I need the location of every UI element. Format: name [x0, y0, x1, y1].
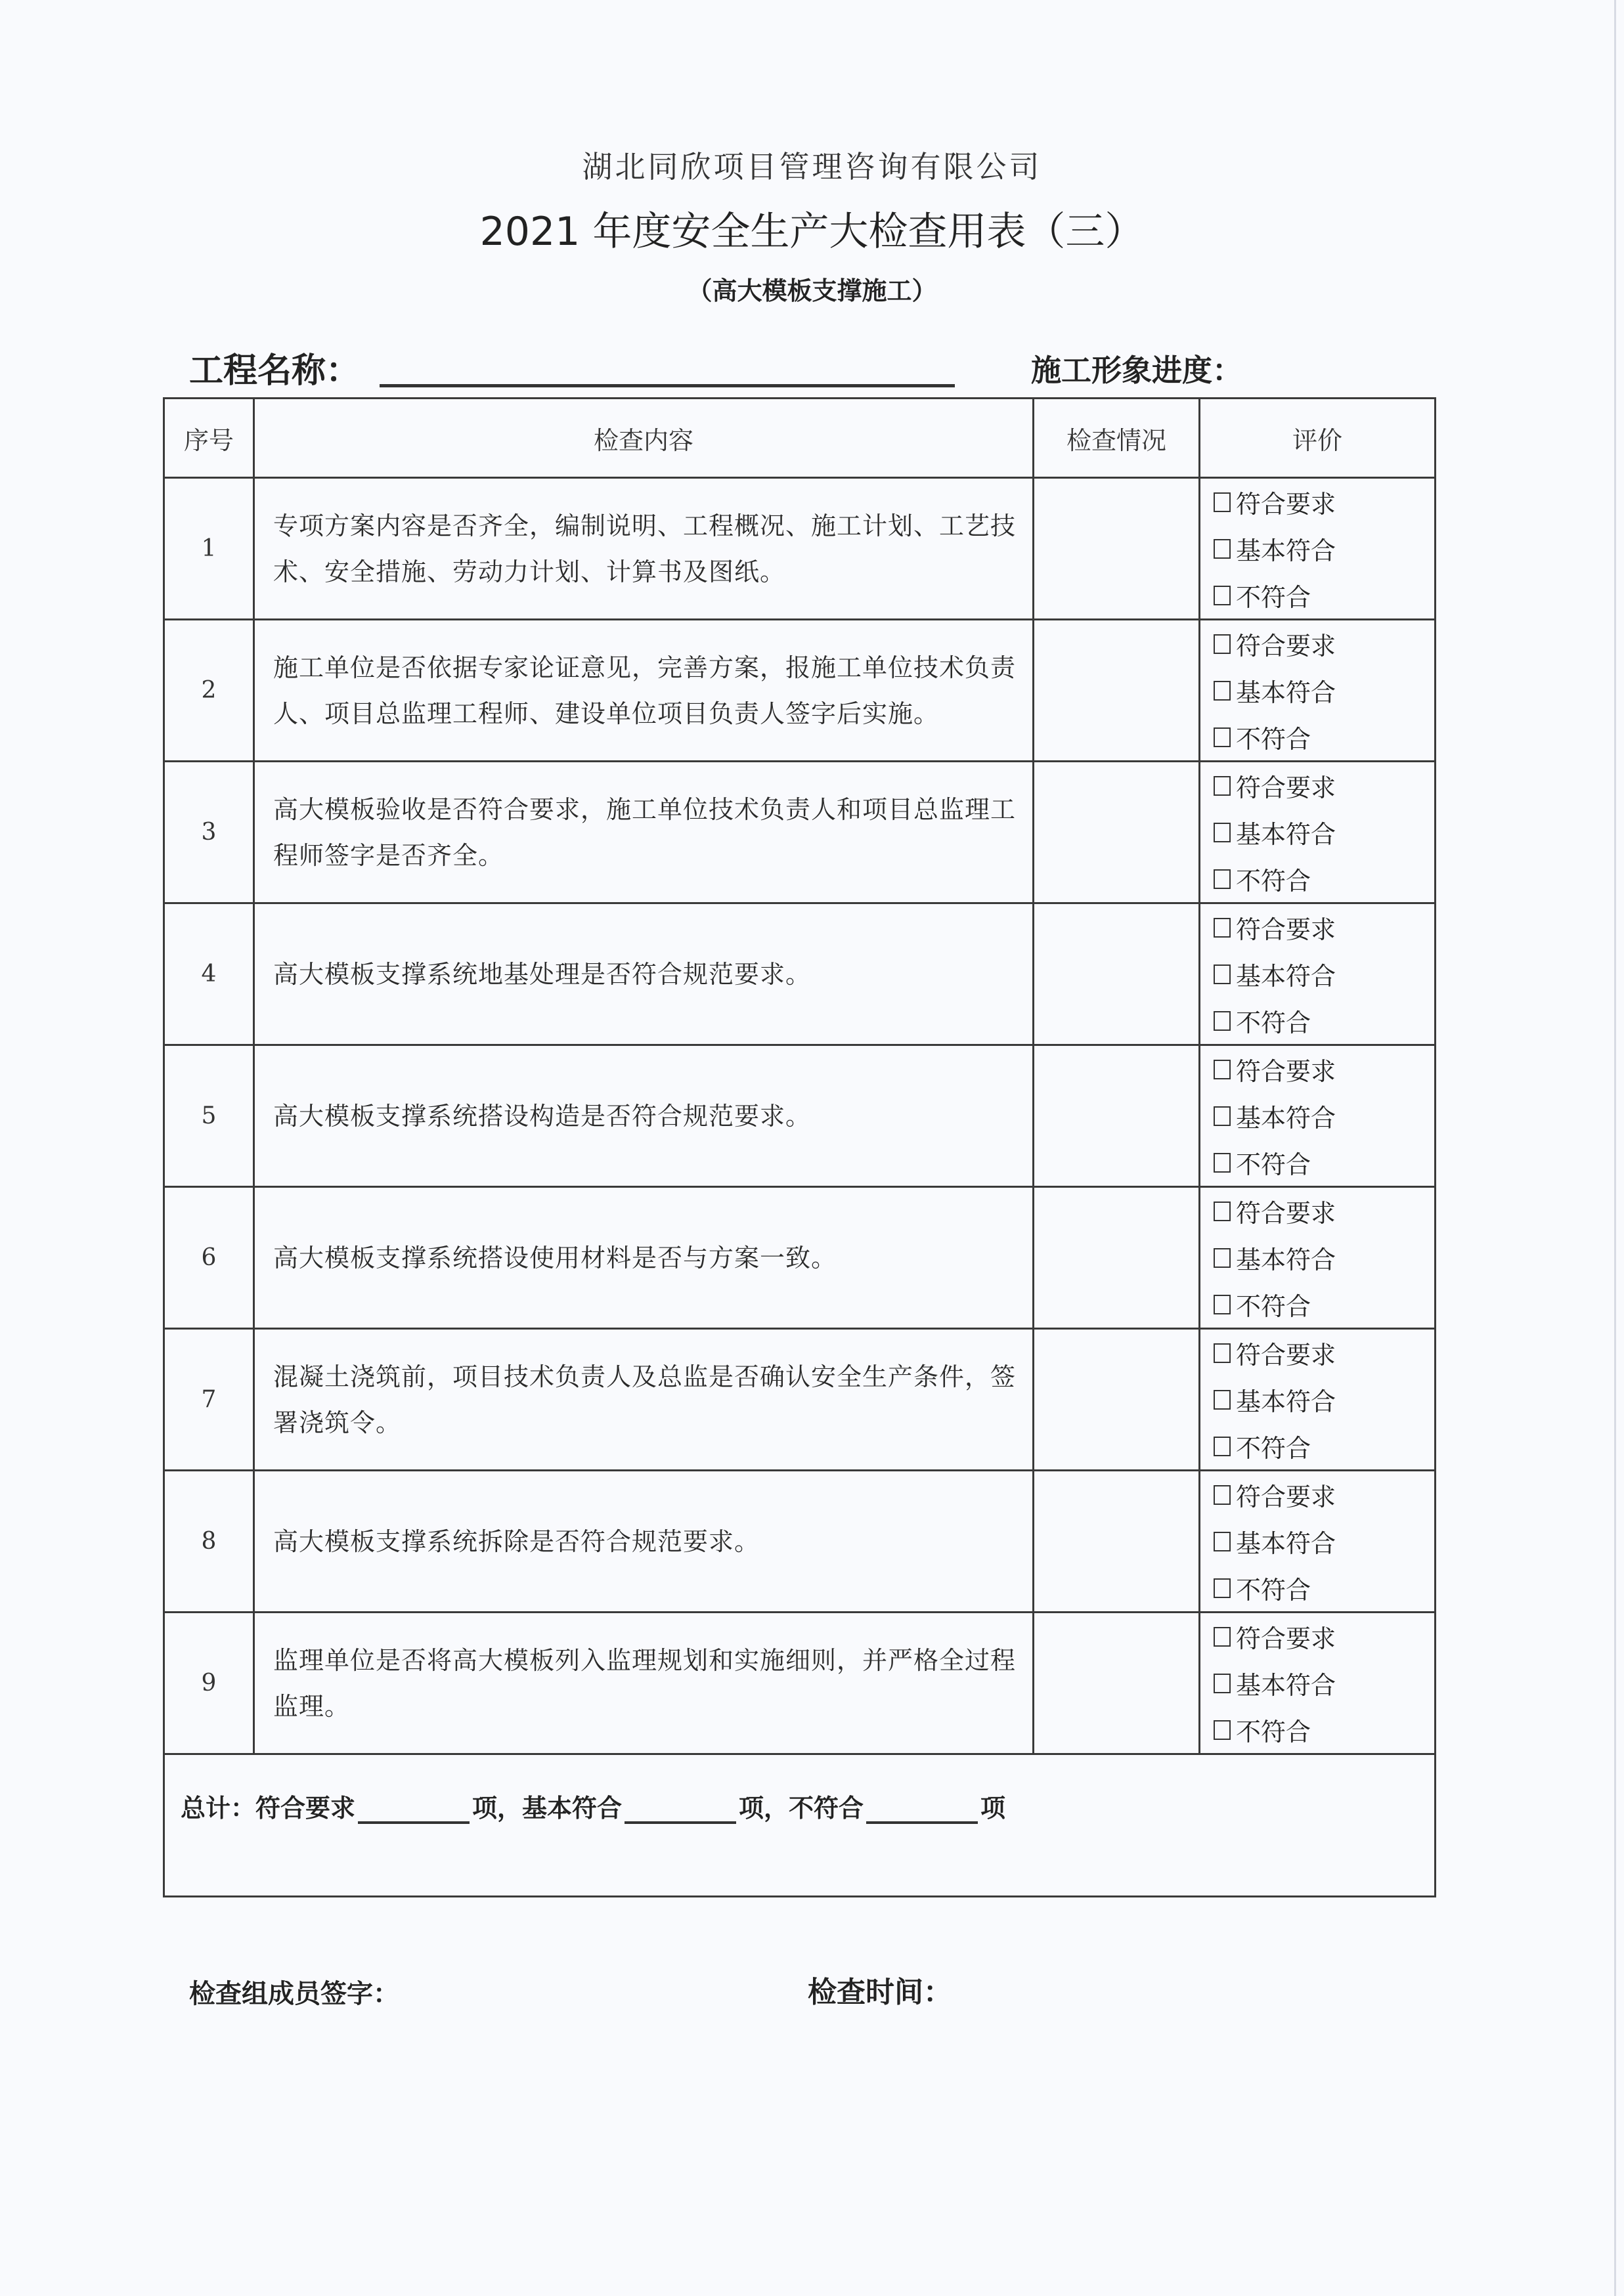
row-number: 6: [164, 1187, 254, 1329]
row-number: 8: [164, 1471, 254, 1613]
table-row: 5 高大模板支撑系统搭设构造是否符合规范要求。 符合要求 基本符合 不符合: [164, 1045, 1436, 1187]
evaluation-option-label: 符合要求: [1236, 626, 1336, 662]
column-header-evaluation: 评价: [1200, 399, 1436, 478]
table-row: 7 混凝土浇筑前，项目技术负责人及总监是否确认安全生产条件，签署浇筑令。 符合要…: [164, 1329, 1436, 1471]
table-row: 9 监理单位是否将高大模板列入监理规划和实施细则，并严格全过程监理。 符合要求 …: [164, 1613, 1436, 1754]
column-header-status: 检查情况: [1034, 399, 1200, 478]
row-evaluation: 符合要求 基本符合 不符合: [1200, 620, 1436, 762]
row-evaluation: 符合要求 基本符合 不符合: [1200, 1329, 1436, 1471]
count-noncompliant-field[interactable]: [866, 1798, 978, 1824]
checkbox-icon[interactable]: [1214, 492, 1231, 512]
checkbox-icon[interactable]: [1214, 1720, 1231, 1740]
row-status-field[interactable]: [1034, 1187, 1200, 1329]
checkbox-icon[interactable]: [1214, 823, 1231, 842]
table-header-row: 序号 检查内容 检查情况 评价: [164, 399, 1436, 478]
evaluation-option-noncompliant[interactable]: 不符合: [1214, 856, 1434, 902]
column-header-no: 序号: [164, 399, 254, 478]
checkbox-icon[interactable]: [1214, 1437, 1231, 1456]
evaluation-option-compliant[interactable]: 符合要求: [1214, 620, 1434, 667]
table-row: 3 高大模板验收是否符合要求，施工单位技术负责人和项目总监理工程师签字是否齐全。…: [164, 762, 1436, 903]
checkbox-icon[interactable]: [1214, 634, 1231, 654]
row-evaluation: 符合要求 基本符合 不符合: [1200, 1187, 1436, 1329]
table-row: 8 高大模板支撑系统拆除是否符合规范要求。 符合要求 基本符合 不符合: [164, 1471, 1436, 1613]
evaluation-option-label: 基本符合: [1236, 672, 1336, 708]
checkbox-icon[interactable]: [1214, 1106, 1231, 1126]
checkbox-icon[interactable]: [1214, 918, 1231, 938]
row-evaluation: 符合要求 基本符合 不符合: [1200, 478, 1436, 620]
evaluation-option-compliant[interactable]: 符合要求: [1214, 1613, 1434, 1660]
checkbox-icon[interactable]: [1214, 869, 1231, 889]
checkbox-icon[interactable]: [1214, 681, 1231, 701]
checkbox-icon[interactable]: [1214, 1390, 1231, 1410]
evaluation-option-compliant[interactable]: 符合要求: [1214, 1330, 1434, 1376]
checkbox-icon[interactable]: [1214, 1343, 1231, 1363]
checkbox-icon[interactable]: [1214, 1485, 1231, 1505]
evaluation-option-label: 基本符合: [1236, 1523, 1336, 1559]
evaluation-option-label: 基本符合: [1236, 814, 1336, 850]
summary-line: 总计：符合要求 项，基本符合 项，不符合 项: [181, 1788, 1434, 1824]
evaluation-option-label: 不符合: [1236, 1003, 1311, 1039]
row-evaluation: 符合要求 基本符合 不符合: [1200, 903, 1436, 1045]
evaluation-option-label: 基本符合: [1236, 956, 1336, 992]
checkbox-icon[interactable]: [1214, 1578, 1231, 1598]
row-evaluation: 符合要求 基本符合 不符合: [1200, 1471, 1436, 1613]
evaluation-option-compliant[interactable]: 符合要求: [1214, 904, 1434, 951]
evaluation-option-noncompliant[interactable]: 不符合: [1214, 1565, 1434, 1611]
evaluation-option-basic[interactable]: 基本符合: [1214, 1518, 1434, 1565]
row-number: 4: [164, 903, 254, 1045]
checkbox-icon[interactable]: [1214, 1248, 1231, 1268]
table-row: 2 施工单位是否依据专家论证意见，完善方案，报施工单位技术负责人、项目总监理工程…: [164, 620, 1436, 762]
evaluation-option-noncompliant[interactable]: 不符合: [1214, 1139, 1434, 1186]
evaluation-option-compliant[interactable]: 符合要求: [1214, 762, 1434, 809]
evaluation-option-basic[interactable]: 基本符合: [1214, 1093, 1434, 1139]
row-content: 施工单位是否依据专家论证意见，完善方案，报施工单位技术负责人、项目总监理工程师、…: [254, 620, 1034, 762]
evaluation-option-compliant[interactable]: 符合要求: [1214, 1046, 1434, 1093]
evaluation-option-label: 基本符合: [1236, 531, 1336, 567]
evaluation-option-label: 不符合: [1236, 1712, 1311, 1748]
evaluation-option-label: 不符合: [1236, 719, 1311, 755]
project-name-field[interactable]: [380, 384, 955, 387]
evaluation-option-label: 基本符合: [1236, 1665, 1336, 1701]
row-status-field[interactable]: [1034, 1045, 1200, 1187]
checkbox-icon[interactable]: [1214, 1627, 1231, 1647]
table-row: 1 专项方案内容是否齐全，编制说明、工程概况、施工计划、工艺技术、安全措施、劳动…: [164, 478, 1436, 620]
row-content: 高大模板支撑系统地基处理是否符合规范要求。: [254, 903, 1034, 1045]
inspection-table: 序号 检查内容 检查情况 评价 1 专项方案内容是否齐全，编制说明、工程概况、施…: [163, 397, 1436, 1897]
row-status-field[interactable]: [1034, 903, 1200, 1045]
summary-row: 总计：符合要求 项，基本符合 项，不符合 项: [164, 1754, 1436, 1897]
row-evaluation: 符合要求 基本符合 不符合: [1200, 1045, 1436, 1187]
evaluation-option-label: 符合要求: [1236, 909, 1336, 945]
evaluation-option-noncompliant[interactable]: 不符合: [1214, 1281, 1434, 1328]
row-status-field[interactable]: [1034, 1471, 1200, 1613]
row-number: 1: [164, 478, 254, 620]
evaluation-option-label: 符合要求: [1236, 1477, 1336, 1513]
checkbox-icon[interactable]: [1214, 539, 1231, 559]
row-content: 高大模板支撑系统搭设使用材料是否与方案一致。: [254, 1187, 1034, 1329]
table-row: 6 高大模板支撑系统搭设使用材料是否与方案一致。 符合要求 基本符合 不符合: [164, 1187, 1436, 1329]
row-content: 专项方案内容是否齐全，编制说明、工程概况、施工计划、工艺技术、安全措施、劳动力计…: [254, 478, 1034, 620]
table-row: 4 高大模板支撑系统地基处理是否符合规范要求。 符合要求 基本符合 不符合: [164, 903, 1436, 1045]
row-number: 7: [164, 1329, 254, 1471]
row-status-field[interactable]: [1034, 762, 1200, 903]
row-number: 5: [164, 1045, 254, 1187]
row-status-field[interactable]: [1034, 620, 1200, 762]
checkbox-icon[interactable]: [1214, 727, 1231, 747]
evaluation-option-basic[interactable]: 基本符合: [1214, 1660, 1434, 1706]
evaluation-option-noncompliant[interactable]: 不符合: [1214, 572, 1434, 618]
evaluation-option-label: 基本符合: [1236, 1098, 1336, 1134]
checkbox-icon[interactable]: [1214, 1153, 1231, 1173]
row-number: 2: [164, 620, 254, 762]
construction-progress-label: 施工形象进度：: [1031, 347, 1242, 390]
summary-unit-2: 项，不符合: [739, 1788, 864, 1824]
evaluation-option-noncompliant[interactable]: 不符合: [1214, 714, 1434, 760]
form-title: 2021 年度安全生产大检查用表（三）: [0, 200, 1624, 257]
evaluation-option-basic[interactable]: 基本符合: [1214, 525, 1434, 572]
evaluation-option-label: 不符合: [1236, 1144, 1311, 1180]
checkbox-icon[interactable]: [1214, 1202, 1231, 1221]
evaluation-option-compliant[interactable]: 符合要求: [1214, 479, 1434, 525]
evaluation-option-label: 符合要求: [1236, 484, 1336, 520]
evaluation-option-compliant[interactable]: 符合要求: [1214, 1471, 1434, 1518]
row-number: 3: [164, 762, 254, 903]
evaluation-option-basic[interactable]: 基本符合: [1214, 1234, 1434, 1281]
inspector-signature-label: 检查组成员签字：: [189, 1973, 399, 2010]
checkbox-icon[interactable]: [1214, 964, 1231, 984]
evaluation-option-label: 基本符合: [1236, 1381, 1336, 1418]
evaluation-option-basic[interactable]: 基本符合: [1214, 809, 1434, 856]
evaluation-option-label: 符合要求: [1236, 1193, 1336, 1229]
evaluation-option-compliant[interactable]: 符合要求: [1214, 1188, 1434, 1234]
row-content: 高大模板验收是否符合要求，施工单位技术负责人和项目总监理工程师签字是否齐全。: [254, 762, 1034, 903]
evaluation-option-basic[interactable]: 基本符合: [1214, 667, 1434, 714]
summary-unit-3: 项: [980, 1788, 1005, 1824]
row-evaluation: 符合要求 基本符合 不符合: [1200, 1613, 1436, 1754]
form-subtitle: （高大模板支撑施工）: [0, 271, 1624, 307]
evaluation-option-basic[interactable]: 基本符合: [1214, 1376, 1434, 1423]
evaluation-option-label: 符合要求: [1236, 1051, 1336, 1087]
evaluation-option-label: 不符合: [1236, 861, 1311, 897]
checkbox-icon[interactable]: [1214, 586, 1231, 605]
row-content: 混凝土浇筑前，项目技术负责人及总监是否确认安全生产条件，签署浇筑令。: [254, 1329, 1034, 1471]
evaluation-option-basic[interactable]: 基本符合: [1214, 951, 1434, 997]
project-name-label: 工程名称：: [189, 343, 360, 392]
checkbox-icon[interactable]: [1214, 1295, 1231, 1314]
checkbox-icon[interactable]: [1214, 1060, 1231, 1079]
evaluation-option-label: 不符合: [1236, 577, 1311, 613]
row-evaluation: 符合要求 基本符合 不符合: [1200, 762, 1436, 903]
scan-edge-line: [1614, 0, 1616, 2296]
checkbox-icon[interactable]: [1214, 1532, 1231, 1551]
row-status-field[interactable]: [1034, 1613, 1200, 1754]
evaluation-option-label: 不符合: [1236, 1286, 1311, 1322]
check-time-label: 检查时间：: [808, 1968, 952, 2010]
count-compliant-field[interactable]: [358, 1798, 470, 1824]
row-content: 高大模板支撑系统拆除是否符合规范要求。: [254, 1471, 1034, 1613]
column-header-content: 检查内容: [254, 399, 1034, 478]
evaluation-option-label: 符合要求: [1236, 1618, 1336, 1655]
evaluation-option-label: 符合要求: [1236, 1335, 1336, 1371]
row-content: 监理单位是否将高大模板列入监理规划和实施细则，并严格全过程监理。: [254, 1613, 1034, 1754]
evaluation-option-noncompliant[interactable]: 不符合: [1214, 997, 1434, 1044]
row-number: 9: [164, 1613, 254, 1754]
evaluation-option-label: 不符合: [1236, 1428, 1311, 1464]
row-status-field[interactable]: [1034, 478, 1200, 620]
checkbox-icon[interactable]: [1214, 1674, 1231, 1693]
row-content: 高大模板支撑系统搭设构造是否符合规范要求。: [254, 1045, 1034, 1187]
summary-unit-1: 项，基本符合: [472, 1788, 622, 1824]
summary-cell: 总计：符合要求 项，基本符合 项，不符合 项: [164, 1754, 1436, 1897]
evaluation-option-label: 不符合: [1236, 1570, 1311, 1606]
evaluation-option-noncompliant[interactable]: 不符合: [1214, 1423, 1434, 1469]
row-status-field[interactable]: [1034, 1329, 1200, 1471]
summary-prefix: 总计：符合要求: [181, 1788, 355, 1824]
evaluation-option-noncompliant[interactable]: 不符合: [1214, 1706, 1434, 1753]
evaluation-option-label: 符合要求: [1236, 768, 1336, 804]
count-basic-field[interactable]: [625, 1798, 736, 1824]
checkbox-icon[interactable]: [1214, 1011, 1231, 1031]
company-name: 湖北同欣项目管理咨询有限公司: [0, 143, 1624, 186]
evaluation-option-label: 基本符合: [1236, 1240, 1336, 1276]
checkbox-icon[interactable]: [1214, 776, 1231, 796]
